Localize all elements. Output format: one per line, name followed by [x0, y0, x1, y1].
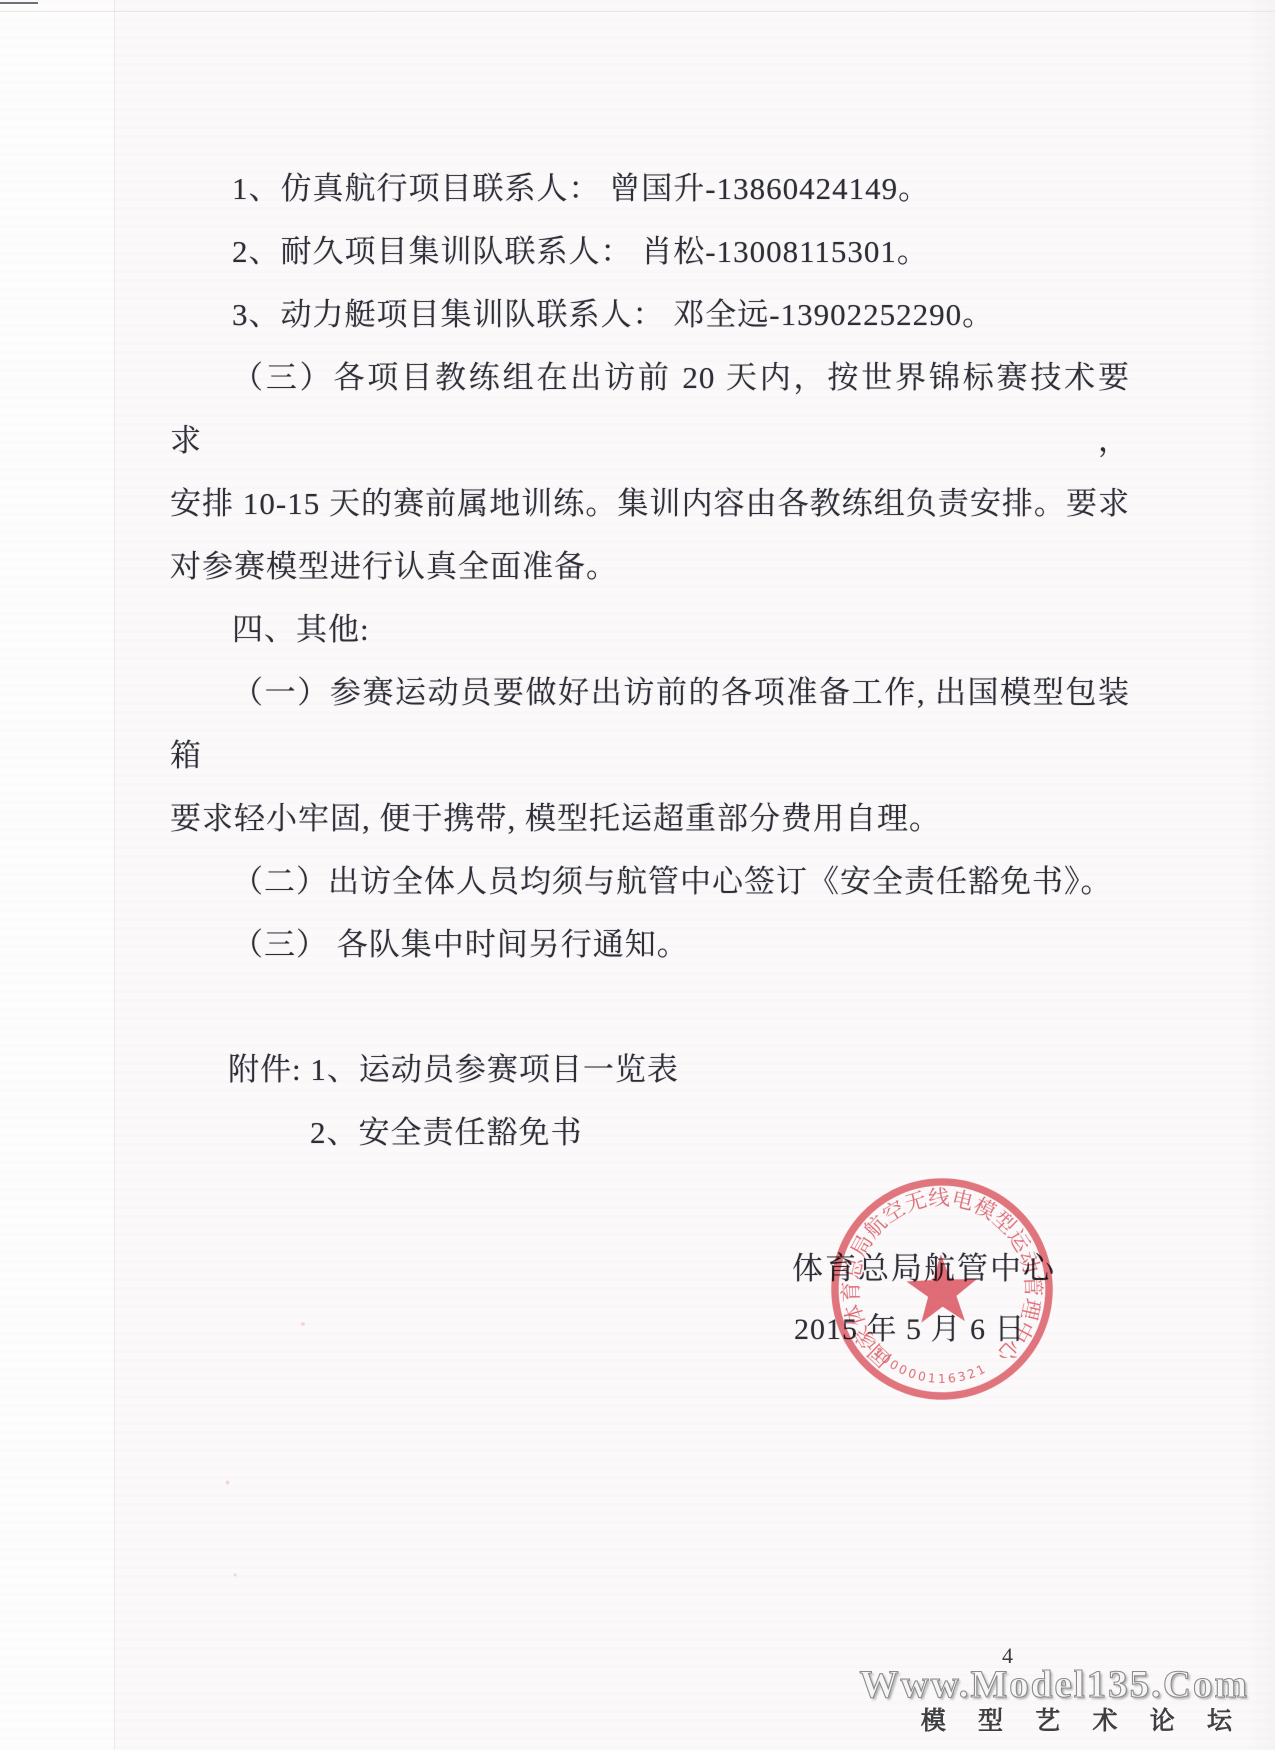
- body-line: （二）出访全体人员均须与航管中心签订《安全责任豁免书》。: [170, 850, 1130, 913]
- scan-edge-artifact: [0, 2, 38, 4]
- official-stamp: 国家体育总局航空无线电模型运动管理中心 1100000116321: [817, 1164, 1067, 1414]
- body-line: （三） 各队集中时间另行通知。: [170, 913, 1130, 976]
- ink-speck: [300, 1322, 306, 1326]
- body-line: 四、其他:: [170, 598, 1130, 661]
- scan-fold-line: [114, 0, 115, 1750]
- body-line: 对参赛模型进行认真全面准备。: [170, 535, 1130, 598]
- ink-speck: [233, 1573, 237, 1577]
- star-icon: [905, 1253, 978, 1323]
- attachment-line: 附件: 1、运动员参赛项目一览表: [170, 1038, 1130, 1101]
- official-stamp-graphic: 国家体育总局航空无线电模型运动管理中心 1100000116321: [817, 1164, 1067, 1414]
- body-line: （三）各项目教练组在出访前 20 天内，按世界锦标赛技术要求，: [170, 346, 1130, 472]
- scanned-document-page: 1、仿真航行项目联系人： 曾国升-13860424149。 2、耐久项目集训队联…: [0, 0, 1275, 1750]
- body-line: 3、动力艇项目集训队联系人： 邓全远-13902252290。: [170, 283, 1130, 346]
- body-line: 要求轻小牢固, 便于携带, 模型托运超重部分费用自理。: [170, 787, 1130, 850]
- body-line: （一）参赛运动员要做好出访前的各项准备工作, 出国模型包装箱: [170, 661, 1130, 787]
- ink-speck: [225, 1480, 230, 1485]
- attachments-block: 附件: 1、运动员参赛项目一览表 2、安全责任豁免书: [170, 1038, 1130, 1164]
- document-body: 1、仿真航行项目联系人： 曾国升-13860424149。 2、耐久项目集训队联…: [170, 157, 1130, 1164]
- attachment-line: 2、安全责任豁免书: [310, 1101, 1270, 1164]
- scan-top-line: [0, 11, 1275, 12]
- body-line: 2、耐久项目集训队联系人： 肖松-13008115301。: [170, 220, 1130, 283]
- body-line: 安排 10-15 天的赛前属地训练。集训内容由各教练组负责安排。要求: [170, 472, 1130, 535]
- body-line: 1、仿真航行项目联系人： 曾国升-13860424149。: [170, 157, 1130, 220]
- watermark-forum-name: 模 型 艺 术 论 坛: [921, 1701, 1245, 1737]
